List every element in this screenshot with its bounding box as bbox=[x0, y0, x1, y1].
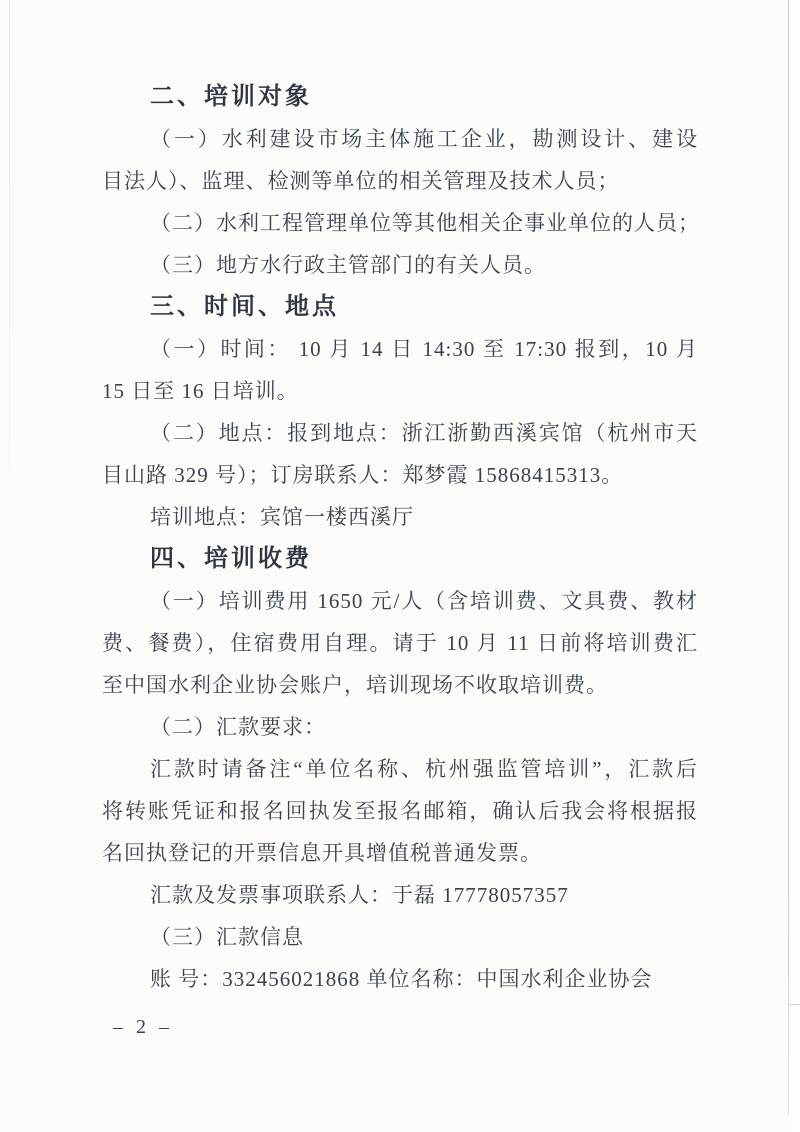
text-line: 汇款时请备注“单位名称、杭州强监管培训”，汇款后 bbox=[102, 748, 698, 790]
text-line: 目山路 329 号）；订房联系人：郑梦霞 15868415313。 bbox=[102, 454, 698, 496]
text-line: 将转账凭证和报名回执发至报名邮箱，确认后我会将根据报 bbox=[102, 790, 698, 832]
text-line: （三）地方水行政主管部门的有关人员。 bbox=[102, 244, 698, 286]
scanner-bed-strip bbox=[789, 0, 800, 1132]
text-line: （一）培训费用 1650 元/人（含培训费、文具费、教材 bbox=[102, 580, 698, 622]
text-line: （一）水利建设市场主体施工企业，勘测设计、建设（项 bbox=[102, 118, 698, 160]
text-line: 目法人）、监理、检测等单位的相关管理及技术人员； bbox=[102, 160, 698, 202]
text-line: 账 号：332456021868 单位名称：中国水利企业协会 bbox=[102, 958, 698, 1000]
text-line: （二）水利工程管理单位等其他相关企事业单位的人员； bbox=[102, 202, 698, 244]
text-line: （一）时间： 10 月 14 日 14:30 至 17:30 报到，10 月 bbox=[102, 328, 698, 370]
page-number: – 2 – bbox=[113, 1012, 173, 1042]
text-line: （二）汇款要求： bbox=[102, 706, 698, 748]
section-heading: 三、时间、地点 bbox=[102, 286, 698, 328]
text-line: 费、餐费），住宿费用自理。请于 10 月 11 日前将培训费汇 bbox=[102, 622, 698, 664]
text-line: 15 日至 16 日培训。 bbox=[102, 370, 698, 412]
text-line: 培训地点：宾馆一楼西溪厅 bbox=[102, 496, 698, 538]
paper-corner-line bbox=[789, 1004, 800, 1005]
document-body: 二、培训对象（一）水利建设市场主体施工企业，勘测设计、建设（项目法人）、监理、检… bbox=[102, 76, 698, 1000]
scanned-page: 二、培训对象（一）水利建设市场主体施工企业，勘测设计、建设（项目法人）、监理、检… bbox=[0, 0, 800, 1132]
page-edge-left bbox=[9, 0, 10, 470]
section-heading: 二、培训对象 bbox=[102, 76, 698, 118]
text-line: 名回执登记的开票信息开具增值税普通发票。 bbox=[102, 832, 698, 874]
text-line: （二）地点：报到地点：浙江浙勤西溪宾馆（杭州市天 bbox=[102, 412, 698, 454]
text-line: （三）汇款信息 bbox=[102, 916, 698, 958]
text-line: 汇款及发票事项联系人：于磊 17778057357 bbox=[102, 874, 698, 916]
section-heading: 四、培训收费 bbox=[102, 538, 698, 580]
text-line: 至中国水利企业协会账户，培训现场不收取培训费。 bbox=[102, 664, 698, 706]
page-edge-right bbox=[788, 0, 789, 1115]
